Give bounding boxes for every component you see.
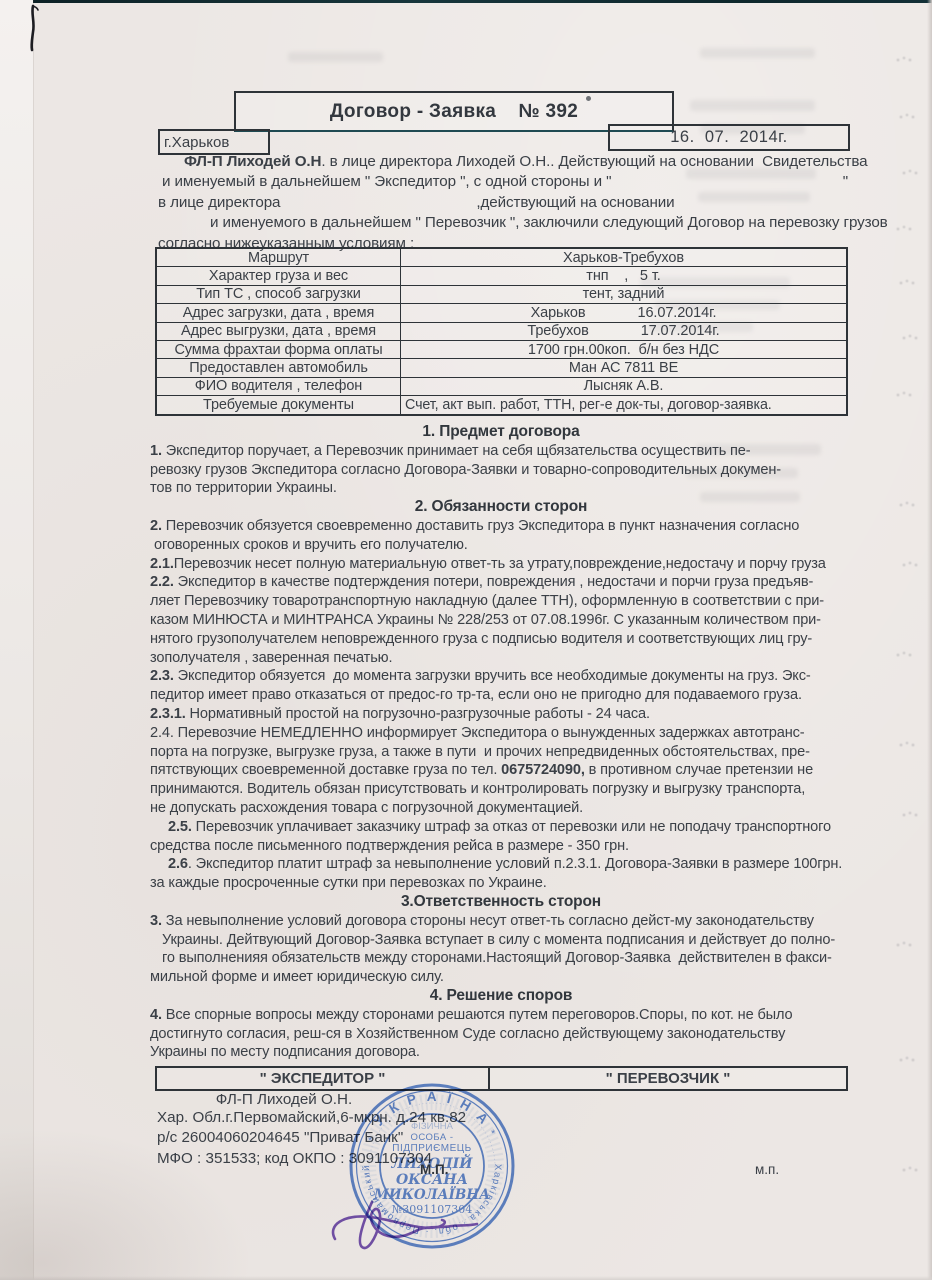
spec-value: Лысняк А.В. bbox=[401, 378, 846, 394]
contract-text-line: 2.6. Экспедитор платит штраф за невыполн… bbox=[150, 855, 852, 874]
contract-text-line: зополучателя , заверенная печатью. bbox=[150, 649, 852, 668]
spec-row: Адрес загрузки, дата , времяХарьков16.07… bbox=[157, 304, 846, 322]
spec-label: Сумма фрахтаи форма оплаты bbox=[157, 341, 401, 358]
contract-text-line: ревозку грузов Экспедитора согласно Дого… bbox=[150, 461, 852, 480]
contract-text-line: го выполненияя обязательств между сторон… bbox=[150, 949, 852, 968]
contract-text-line: мильной форме и имеет юридическую силу. bbox=[150, 968, 852, 987]
margin-bleed-mark bbox=[895, 224, 913, 232]
spec-row: ФИО водителя , телефонЛысняк А.В. bbox=[157, 378, 846, 396]
stamp-asterisk-left: * bbox=[368, 1135, 373, 1147]
contract-text-line: 2.1.Перевозчик несет полную материальную… bbox=[150, 555, 852, 574]
spec-label: Адрес выгрузки, дата , время bbox=[157, 323, 401, 340]
scan-edge-right bbox=[927, 0, 932, 1280]
contract-text-line: педитор имеет право отказаться от предос… bbox=[150, 686, 852, 705]
preamble-line: и именуемый в дальнейшем " Экспедитор ",… bbox=[158, 172, 850, 192]
spec-row: Требуемые документыСчет, акт вып. работ,… bbox=[157, 396, 846, 413]
spec-value: Харьков-Требухов bbox=[401, 250, 846, 266]
margin-bleed-mark bbox=[898, 1055, 916, 1063]
contract-text-line: казом МИНЮСТА и МИНТРАНСА Украины № 228/… bbox=[150, 611, 852, 630]
margin-bleed-mark bbox=[895, 55, 913, 63]
contract-text-line: 2. Перевозчик обязуется своевременно дос… bbox=[150, 517, 852, 536]
scan-edge-top bbox=[0, 0, 932, 3]
section-heading: 2. Обязанности сторон bbox=[150, 498, 852, 517]
date-label: 16. 07. 2014г. bbox=[670, 128, 788, 147]
stamp-place-right: м.п. bbox=[755, 1162, 779, 1177]
stamp-line1: ФІЗИЧНА bbox=[411, 1121, 454, 1132]
stamp-place-left: М.П. bbox=[420, 1162, 448, 1177]
page-left-margin bbox=[0, 0, 33, 1280]
spec-label: Тип ТС , способ загрузки bbox=[157, 286, 401, 303]
contract-text-line: нятого грузополучателем неповрежденного … bbox=[150, 630, 852, 649]
spec-value: тент, задний bbox=[401, 286, 846, 302]
pen-mark bbox=[24, 4, 42, 54]
contract-text-line: 2.2. Экспедитор в качестве подтерждения … bbox=[150, 573, 852, 592]
margin-bleed-mark bbox=[901, 810, 919, 818]
contract-text-line: ляет Перевозчику товаротранспортную накл… bbox=[150, 592, 852, 611]
spec-row: МаршрутХарьков-Требухов bbox=[157, 249, 846, 267]
preamble-line: в лице директора,действующий на основани… bbox=[158, 193, 850, 213]
spec-row: Сумма фрахтаи форма оплаты1700 грн.00коп… bbox=[157, 341, 846, 359]
spec-value: Счет, акт вып. работ, ТТН, рег-е док-ты,… bbox=[401, 397, 846, 413]
contract-text-line: за каждые просроченные сутки при перевоз… bbox=[150, 874, 852, 893]
stamp-line3: ПІДПРИЄМЕЦЬ bbox=[392, 1143, 471, 1154]
spec-label: ФИО водителя , телефон bbox=[157, 378, 401, 395]
margin-bleed-mark bbox=[898, 740, 916, 748]
contract-text-line: 4. Все спорные вопросы между сторонами р… bbox=[150, 1006, 852, 1025]
bleed-through-mark bbox=[288, 52, 383, 62]
margin-bleed-mark bbox=[901, 168, 919, 176]
spec-label: Адрес загрузки, дата , время bbox=[157, 304, 401, 321]
contract-text-line: принимаются. Водитель обязан присутствов… bbox=[150, 780, 852, 799]
fold-crease bbox=[33, 0, 34, 1280]
spec-row: Характер груза и вестнп , 5 т. bbox=[157, 267, 846, 285]
spec-label: Маршрут bbox=[157, 249, 401, 266]
cargo-spec-table: МаршрутХарьков-ТребуховХарактер груза и … bbox=[155, 247, 848, 416]
spec-value: тнп , 5 т. bbox=[401, 268, 846, 284]
preamble: ФЛ-П Лиходей О.Н. в лице директора Лиход… bbox=[158, 152, 850, 254]
spec-value: 1700 грн.00коп. б/н без НДС bbox=[401, 342, 846, 358]
contract-text-line: не допускать расхождения товара с погруз… bbox=[150, 799, 852, 818]
margin-bleed-mark bbox=[898, 500, 916, 508]
city-label: г.Харьков bbox=[164, 134, 229, 151]
contract-text-line: оговоренных сроков и вручить его получат… bbox=[150, 536, 852, 555]
contract-text-line: пятствующих своевременной доставке груза… bbox=[150, 761, 852, 780]
bleed-through-mark bbox=[700, 48, 815, 58]
preamble-line: и именуемого в дальнейшем " Перевозчик "… bbox=[158, 213, 850, 233]
spec-label: Требуемые документы bbox=[157, 396, 401, 413]
margin-bleed-mark bbox=[895, 940, 913, 948]
spec-value: Требухов17.07.2014г. bbox=[401, 323, 846, 339]
spec-row: Предоставлен автомобильМан АС 7811 ВЕ bbox=[157, 359, 846, 377]
scanned-contract-page: { "header": { "title": "Договор - Заявка… bbox=[0, 0, 932, 1280]
contract-text-line: 2.3. Экспедитор обязуется до момента заг… bbox=[150, 667, 852, 686]
handwritten-signature bbox=[328, 1190, 496, 1264]
spec-row: Адрес выгрузки, дата , времяТребухов17.0… bbox=[157, 323, 846, 341]
contract-text-line: 2.3.1. Нормативный простой на погрузочно… bbox=[150, 705, 852, 724]
margin-bleed-mark bbox=[898, 112, 916, 120]
contract-text-line: Украины. Дейтвующий Договор-Заявка вступ… bbox=[150, 931, 852, 950]
section-heading: 3.Ответственность сторон bbox=[150, 893, 852, 912]
contract-text-line: достигнуто согласия, реш-ся в Хозяйствен… bbox=[150, 1025, 852, 1044]
date-box: 16. 07. 2014г. bbox=[608, 124, 850, 151]
margin-bleed-mark bbox=[898, 278, 916, 286]
contract-text-line: Украины по месту подписания договора. bbox=[150, 1043, 852, 1062]
contract-text-line: средства после письменного подтверждения… bbox=[150, 837, 852, 856]
spec-value: Ман АС 7811 ВЕ bbox=[401, 360, 846, 376]
contract-text-line: 2.5. Перевозчик уплачивает заказчику штр… bbox=[150, 818, 852, 837]
carrier-header: " ПЕРЕВОЗЧИК " bbox=[490, 1068, 846, 1089]
section-heading: 1. Предмет договора bbox=[150, 423, 852, 442]
spec-label: Характер груза и вес bbox=[157, 267, 401, 284]
margin-bleed-mark bbox=[895, 650, 913, 658]
contract-text-line: 2.4. Перевозчие НЕМЕДЛЕННО информирует Э… bbox=[150, 724, 852, 743]
contract-text-line: тов по территории Украины. bbox=[150, 479, 852, 498]
contract-text-line: 3. За невыполнение условий договора стор… bbox=[150, 912, 852, 931]
spec-value-date: 16.07.2014г. bbox=[638, 305, 717, 321]
bleed-through-mark bbox=[690, 100, 815, 111]
stamp-line2: ОСОБА - bbox=[410, 1132, 453, 1143]
spec-value: Харьков16.07.2014г. bbox=[401, 305, 846, 321]
spec-label: Предоставлен автомобиль bbox=[157, 359, 401, 376]
preamble-line: ФЛ-П Лиходей О.Н. в лице директора Лиход… bbox=[158, 152, 850, 172]
margin-bleed-mark bbox=[901, 333, 919, 341]
margin-bleed-mark bbox=[895, 390, 913, 398]
section-heading: 4. Решение споров bbox=[150, 987, 852, 1006]
margin-bleed-mark bbox=[901, 1165, 919, 1173]
contract-body: 1. Предмет договора1. Экспедитор поручае… bbox=[150, 423, 852, 1062]
spec-row: Тип ТС , способ загрузкитент, задний bbox=[157, 286, 846, 304]
spec-value-date: 17.07.2014г. bbox=[641, 323, 720, 339]
document-title: Договор - Заявка № 392 bbox=[330, 101, 578, 123]
contract-text-line: 1. Экспедитор поручает, а Перевозчик при… bbox=[150, 442, 852, 461]
stamp-asterisk-right: * bbox=[491, 1128, 496, 1140]
contract-text-line: порта на погрузке, выгрузке груза, а так… bbox=[150, 743, 852, 762]
margin-bleed-mark bbox=[901, 560, 919, 568]
